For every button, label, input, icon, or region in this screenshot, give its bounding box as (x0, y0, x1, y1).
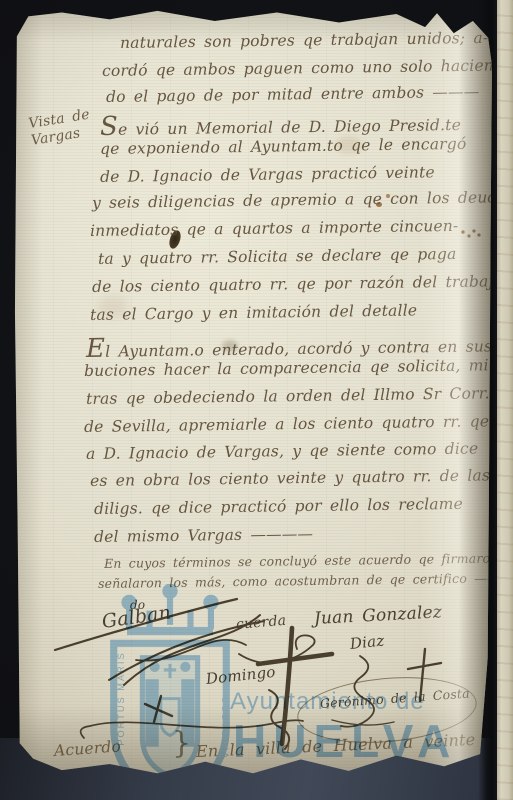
manuscript-page: Vista de Vargas naturales son pobres qe … (14, 4, 492, 774)
signature-cross-icon (282, 628, 292, 744)
gonzalez-rubric (341, 656, 374, 727)
signature-flourishes (14, 4, 492, 774)
signature-cross-icon (258, 654, 332, 664)
adjacent-page-edge (495, 0, 513, 800)
signature-cross-icon (145, 696, 172, 722)
galban-rubric (109, 621, 264, 680)
signature-cross-icon (408, 649, 441, 701)
archive-scan-viewport: { "page": { "margin_note": { "line1": "V… (0, 0, 513, 800)
footer-flourish (81, 720, 303, 738)
